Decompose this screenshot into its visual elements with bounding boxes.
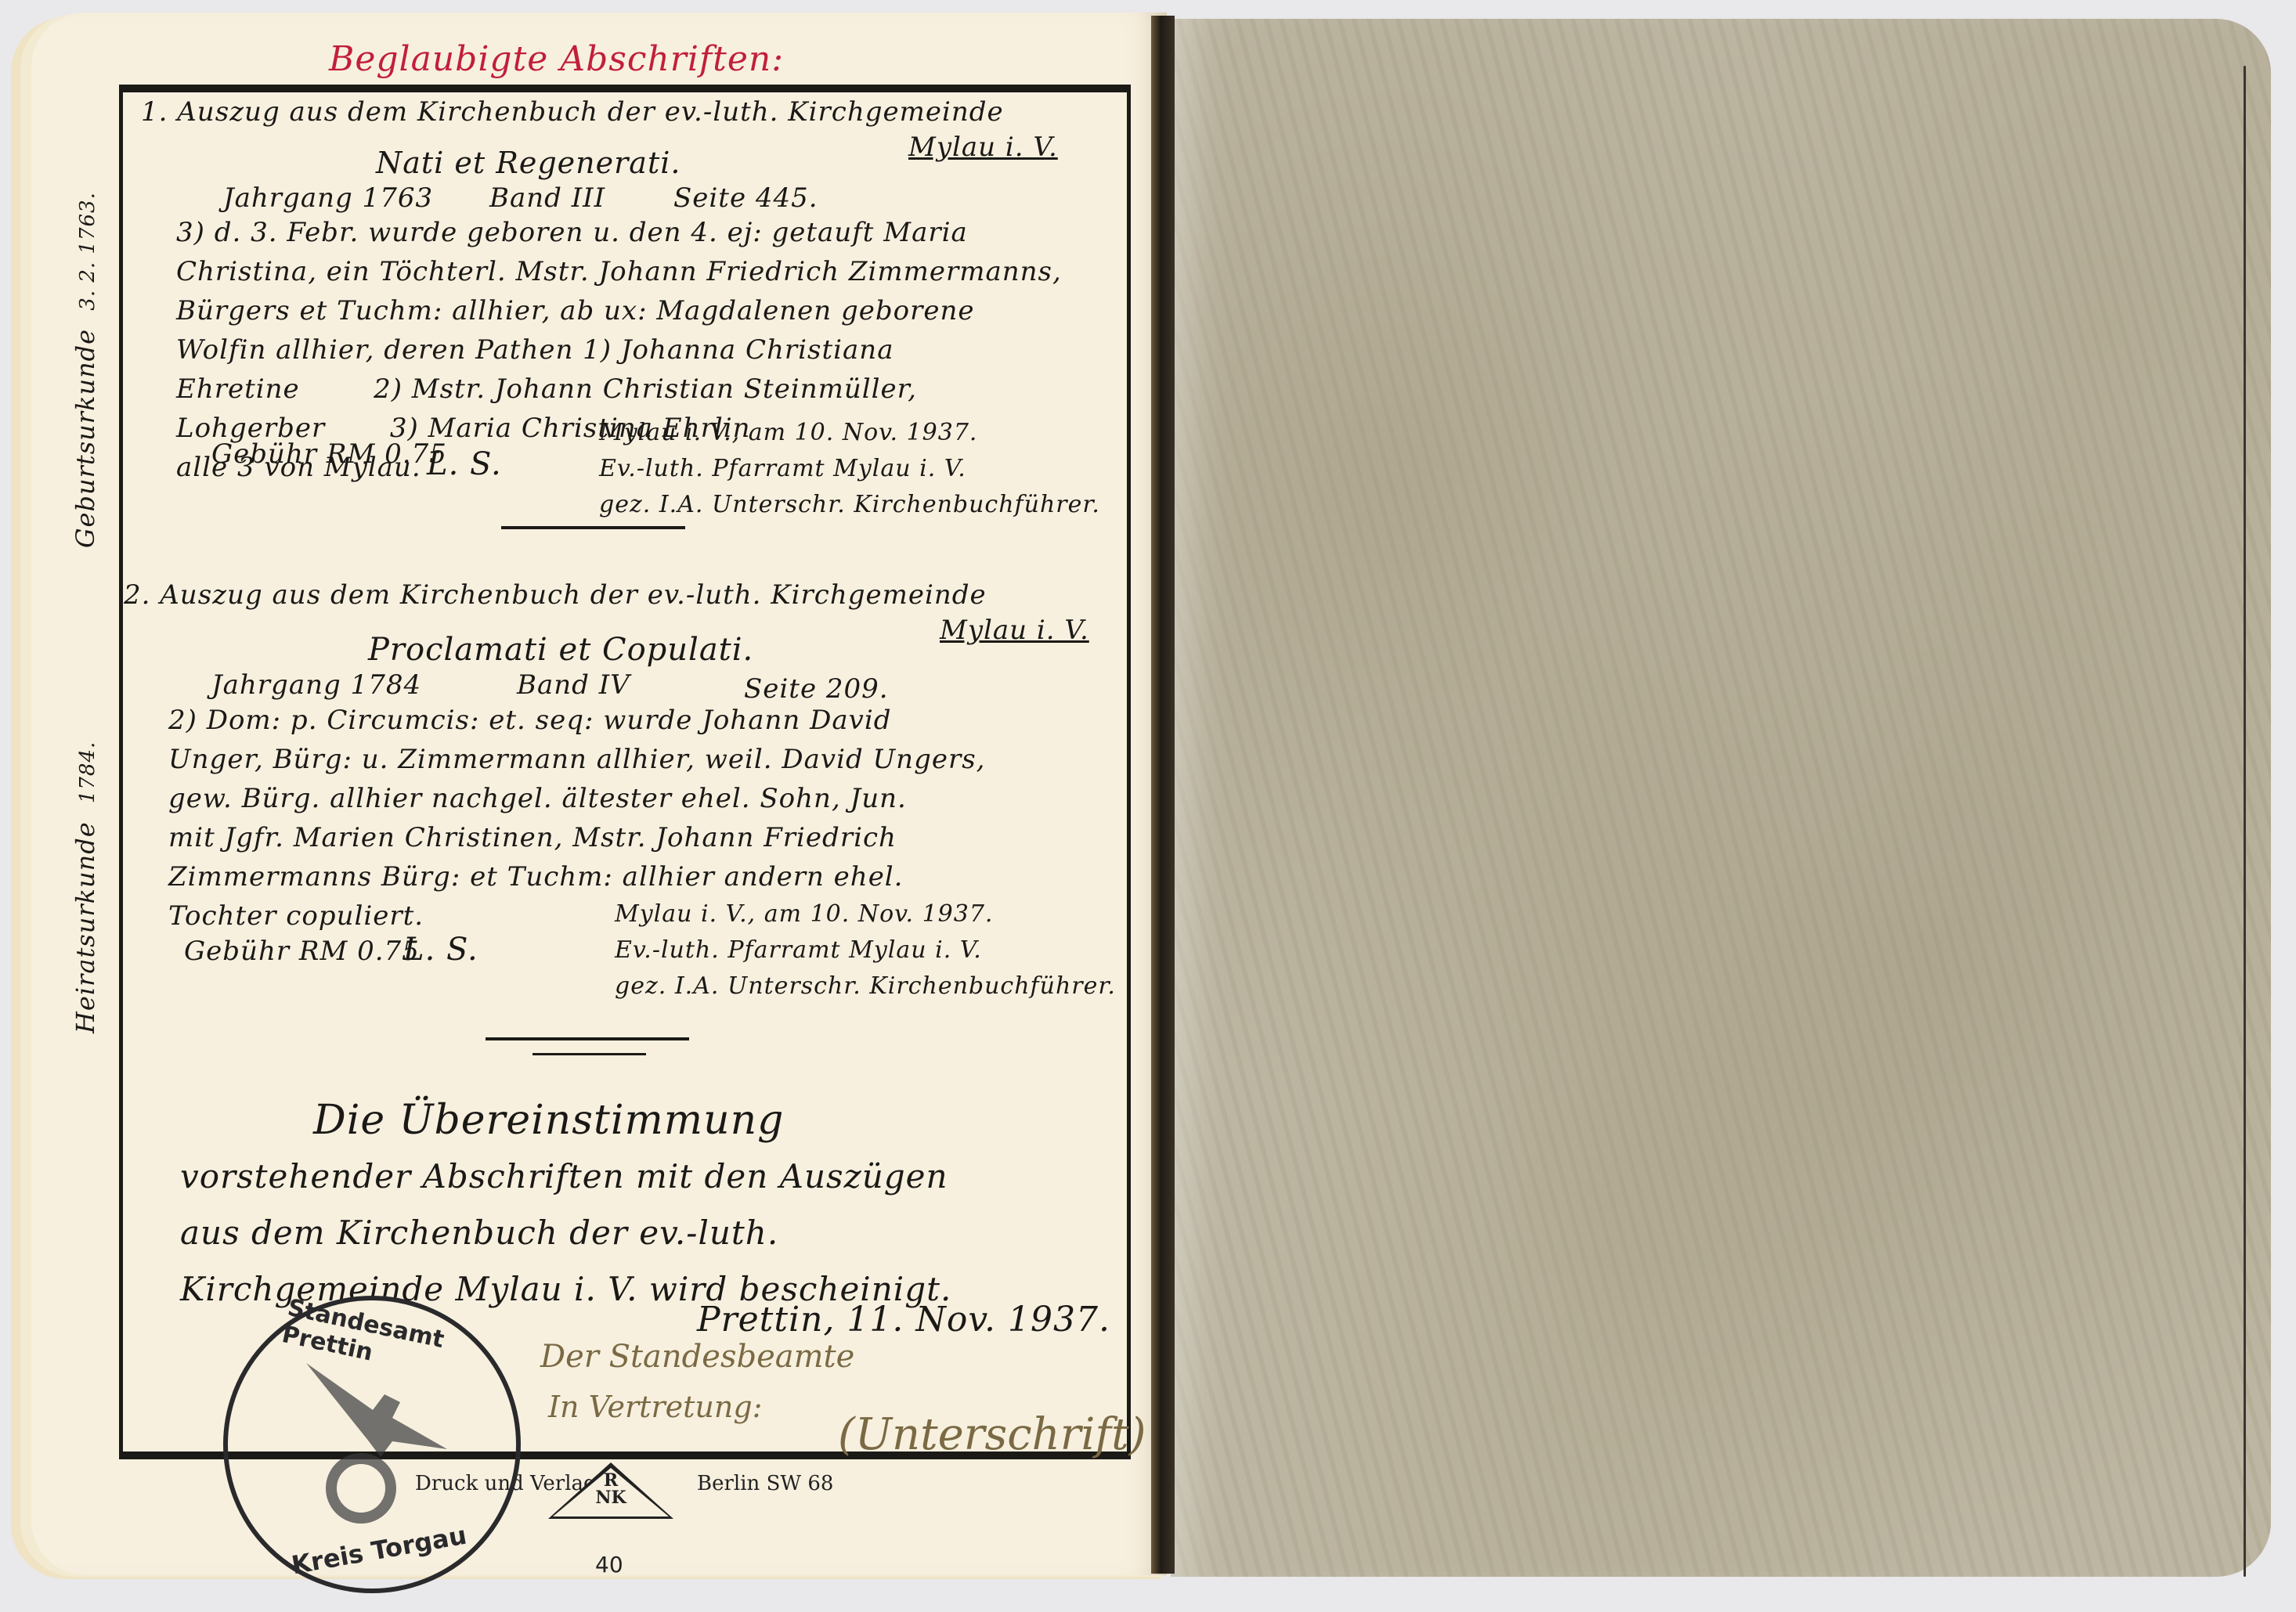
entry-1-seal: L. S. [427,445,502,484]
entry-2-seal: L. S. [403,930,478,969]
page-number: 40 [595,1552,623,1578]
entry-2-register: Proclamati et Copulati. [368,630,753,669]
separator-rule-short [532,1053,646,1055]
rnk-logo-bottom: NK [589,1489,633,1506]
signature-line: gez. I.A. Unterschr. Kirchenbuchführer. [615,968,1116,1004]
certification-line: Die Übereinstimmung [180,1092,951,1149]
entry-1-body-line: Wolfin allhier, deren Pathen 1) Johanna … [176,330,1062,370]
entry-2-body-line: mit Jgfr. Marien Christinen, Mstr. Johan… [168,818,985,857]
official-signature-line: Der Standesbeamte [540,1339,854,1375]
official-signature-line: In Vertretung: [548,1390,762,1424]
entry-1-heading: 1. Auszug aus dem Kirchenbuch der ev.-lu… [141,92,1004,132]
margin-note-marriage: Heiratsurkunde 1784. [70,741,100,1033]
entry-2-body-line: 2) Dom: p. Circumcis: et. seq: wurde Joh… [168,701,985,740]
entry-2-jahrgang: Jahrgang 1784 [211,665,421,705]
margin-note-birth: Geburtsurkunde 3. 2. 1763. [70,192,100,548]
entry-2-body-line: Zimmermanns Bürg: et Tuchm: allhier ande… [168,857,985,896]
signature-line: Ev.-luth. Pfarramt Mylau i. V. [615,932,1116,968]
signature-line: Mylau i. V., am 10. Nov. 1937. [599,415,1100,451]
entry-2-body-line: Unger, Bürg: u. Zimmermann allhier, weil… [168,740,985,779]
certification-line: vorstehender Abschriften mit den Auszüge… [180,1149,951,1205]
entry-2-signature-block: Mylau i. V., am 10. Nov. 1937. Ev.-luth.… [615,896,1116,1004]
cover-edge [2244,66,2246,1577]
entry-1-band: Band III [489,179,605,218]
separator-rule [501,526,685,529]
margin-note-text: Geburtsurkunde [70,329,100,548]
entry-1-body-line: Ehretine 2) Mstr. Johann Christian Stein… [176,370,1062,409]
entry-1-fee: Gebühr RM 0.75 [211,435,447,474]
entry-1-place: Mylau i. V. [908,128,1058,167]
entry-2-fee: Gebühr RM 0.75 [184,932,420,971]
margin-note-date: 1784. [76,741,99,803]
entry-1-seite: Seite 445. [673,179,818,218]
rnk-logo: R NK [589,1472,633,1506]
separator-rule [486,1037,689,1040]
official-stamp: Standesamt Prettin Kreis Torgau [223,1296,521,1593]
imprint-right: Berlin SW 68 [697,1472,833,1495]
book-gutter [1151,16,1175,1574]
margin-note-text: Heiratsurkunde [70,821,100,1033]
rnk-logo-top: R [589,1472,633,1489]
eagle-emblem-icon [298,1355,455,1527]
certification-block: Die Übereinstimmung vorstehender Abschri… [180,1092,951,1318]
certification-place-date: Prettin, 11. Nov. 1937. [697,1300,1110,1340]
entry-1-signature-block: Mylau i. V., am 10. Nov. 1937. Ev.-luth.… [599,415,1100,523]
entry-1-body-line: Christina, ein Töchterl. Mstr. Johann Fr… [176,252,1062,291]
page-title: Beglaubigte Abschriften: [329,39,784,79]
official-signature: (Unterschrift) [838,1409,1146,1460]
entry-2-band: Band IV [517,665,630,705]
entry-1-body-line: 3) d. 3. Febr. wurde geboren u. den 4. e… [176,213,1062,252]
certification-line: aus dem Kirchenbuch der ev.-luth. [180,1205,951,1261]
signature-line: Ev.-luth. Pfarramt Mylau i. V. [599,451,1100,487]
entry-1-jahrgang: Jahrgang 1763 [223,179,433,218]
signature-line: Mylau i. V., am 10. Nov. 1937. [615,896,1116,932]
entry-1-body-line: Bürgers et Tuchm: allhier, ab ux: Magdal… [176,291,1062,330]
stamp-bottom-text: Kreis Torgau [289,1520,468,1581]
right-page-cover-board [1171,19,2271,1577]
entry-2-place: Mylau i. V. [940,611,1089,650]
entry-2-body-line: gew. Bürg. allhier nachgel. ältester ehe… [168,779,985,818]
margin-note-date: 3. 2. 1763. [76,192,99,311]
entry-1-register: Nati et Regenerati. [376,143,680,182]
signature-line: gez. I.A. Unterschr. Kirchenbuchführer. [599,487,1100,523]
entry-2-heading: 2. Auszug aus dem Kirchenbuch der ev.-lu… [124,575,987,615]
